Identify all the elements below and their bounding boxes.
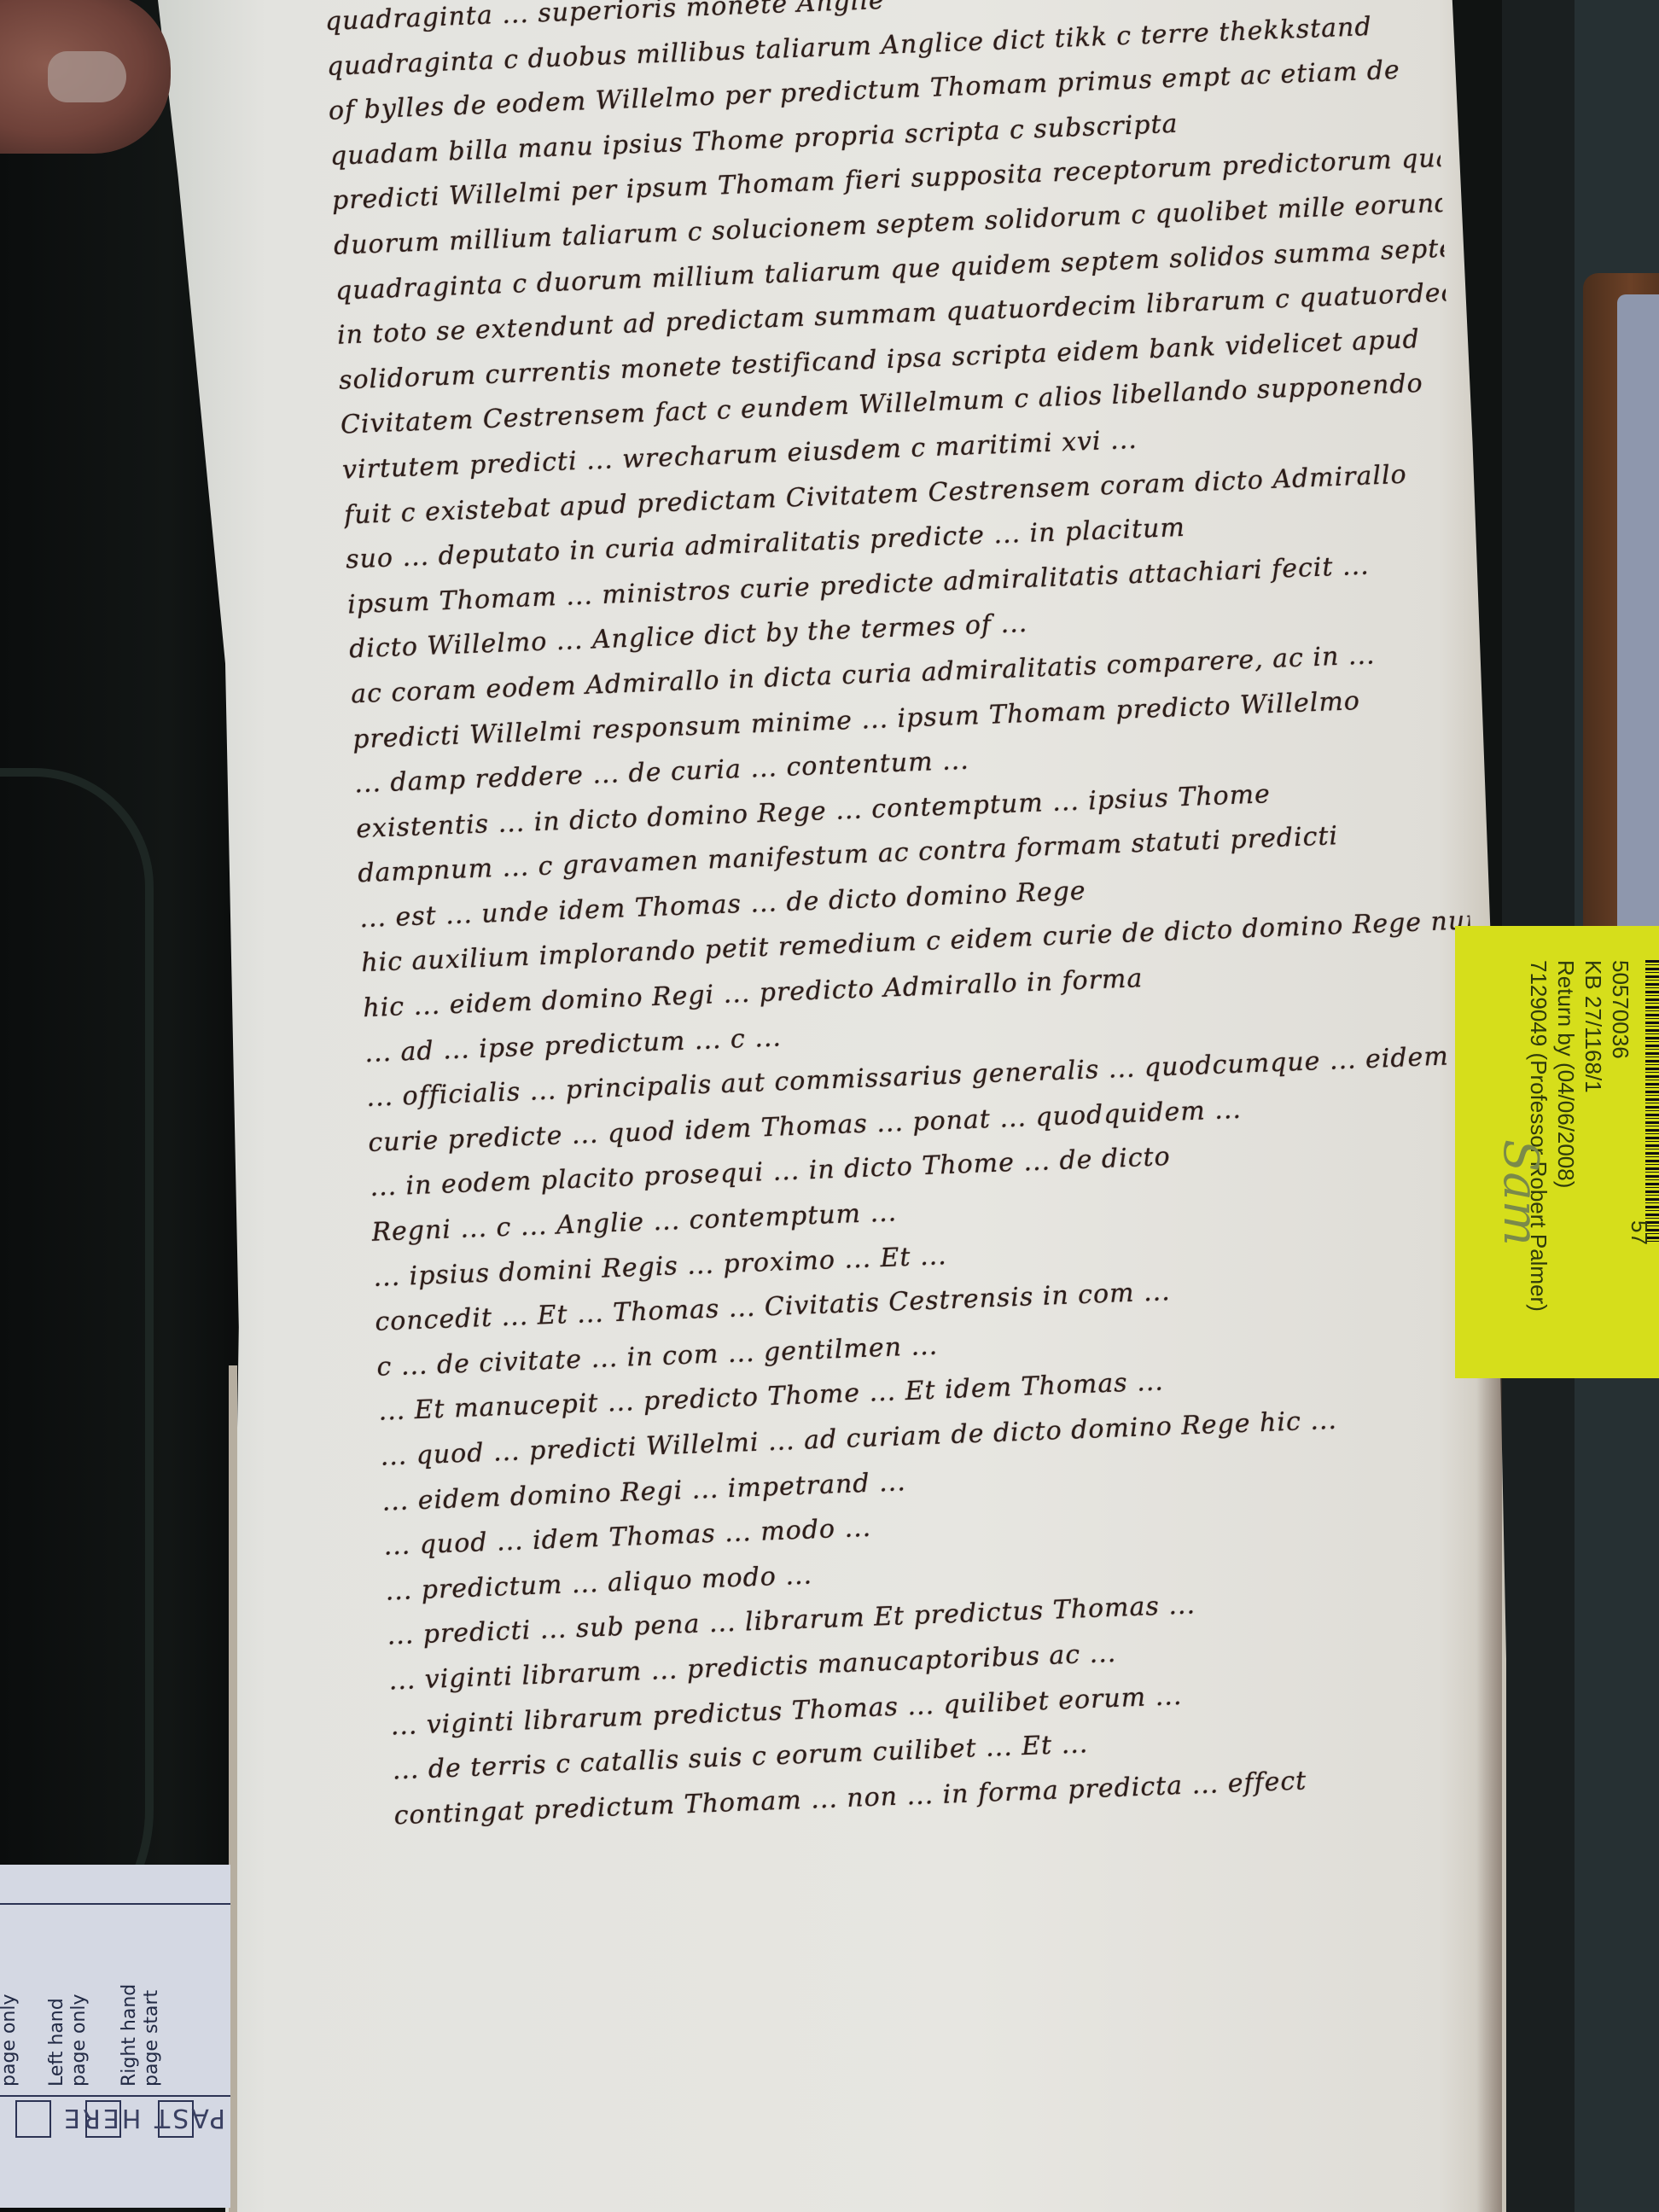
option-label: Left handpage only [46,1933,90,2087]
wooden-frame-inner [1617,294,1659,926]
return-by-date: Return by (04/06/2008) [1552,960,1579,1188]
tracking-label: C 57 50570036 KB 27/1168/1 Return by (04… [1455,926,1659,1378]
label-number: 57 [1626,1220,1652,1245]
document-reference: KB 27/1168/1 [1580,960,1606,1093]
option-label: Right handpage start [119,1933,163,2087]
fingernail [48,51,126,102]
cushion-strap [0,768,154,1980]
page-instruction-slip: Right handpage only Left handpage only R… [0,1865,230,2208]
handwritten-initials: Sam [1493,1139,1548,1246]
manuscript-text: quadraginta ... superioris monete Anglie… [324,0,1504,1839]
reader-name: 7129049 (Professor Robert Palmer) [1525,960,1551,1312]
handwritten-note: PAST HERE [3,2098,225,2133]
slip-rule-top [0,1903,230,1905]
letter-mark: C [1655,1220,1659,1237]
barcode [1645,960,1659,1242]
finger [0,0,171,154]
barcode-number: 50570036 [1607,960,1633,1059]
option-label: Right handpage only [0,1933,20,2087]
